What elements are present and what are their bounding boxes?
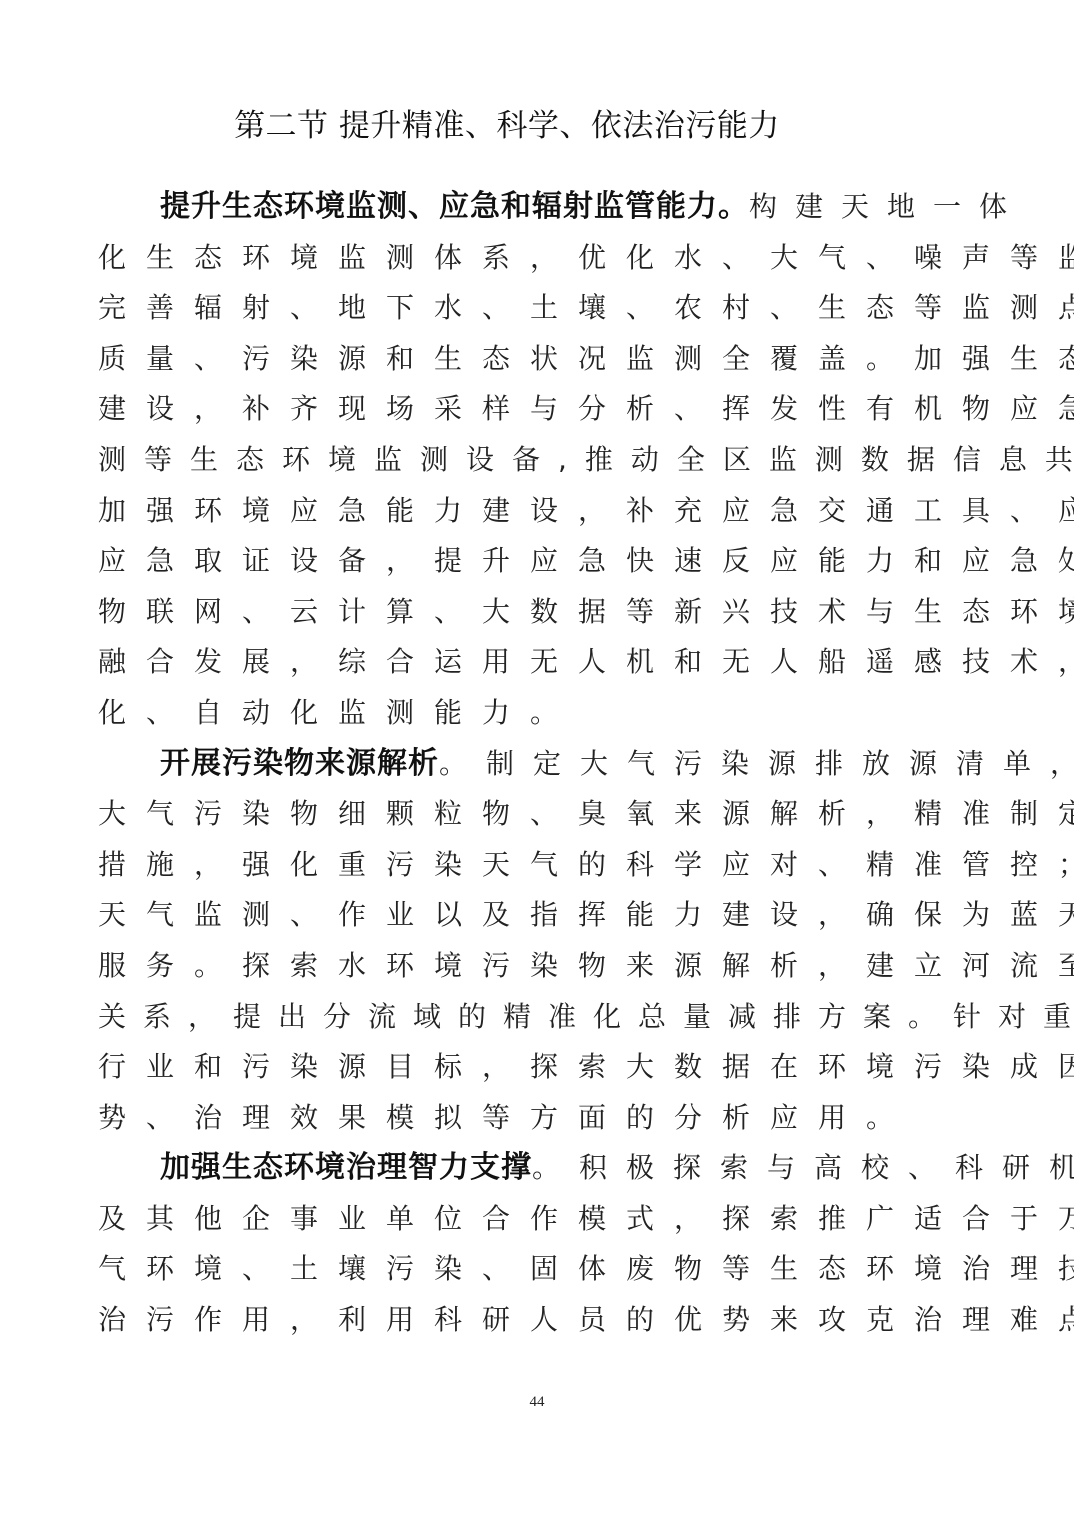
text-line: 措施，强化重污染天气的科学应对、精准管控；加强人工影响 [98, 840, 928, 891]
document-body: 提升生态环境监测、应急和辐射监管能力。构建天地一体 化生态环境监测体系，优化水、… [98, 182, 928, 1346]
text-line: 完善辐射、地下水、土壤、农村、生态等监测点位，实现环境 [98, 283, 928, 334]
text-line: 大气污染物细颗粒物、臭氧来源解析，精准制定大气污染防治 [98, 789, 928, 840]
text-line: 及其他企事业单位合作模式，探索推广适合于万州水环境、大 [98, 1194, 928, 1245]
text-line: 关系，提出分流域的精准化总量减排方案。针对重点监管区域、 [98, 992, 928, 1043]
paragraph-3-line-1: 加强生态环境治理智力支撑。积极探索与高校、科研机构 [98, 1143, 928, 1194]
text-line: 气环境、土壤污染、固体废物等生态环境治理技术。发挥专家 [98, 1244, 928, 1295]
text-line: 测等生态环境监测设备,推动全区监测数据信息共享平台建设。 [98, 435, 928, 486]
paragraph-3-heading: 加强生态环境治理智力支撑 [160, 1150, 532, 1185]
text-line: 加强环境应急能力建设，补充应急交通工具、应急防护装备、 [98, 486, 928, 537]
text-line: 行业和污染源目标，探索大数据在环境污染成因、环境演变趋 [98, 1042, 928, 1093]
text-line: 化生态环境监测体系，优化水、大气、噪声等监测点位布局， [98, 233, 928, 284]
paragraph-2-heading: 开展污染物来源解析 [160, 746, 439, 781]
text-line: 质量、污染源和生态状况监测全覆盖。加强生态环境监测能力 [98, 334, 928, 385]
text-line: 物联网、云计算、大数据等新兴技术与生态环境监测监控体系 [98, 587, 928, 638]
text-line: 治污作用，利用科研人员的优势来攻克治理难点问题和关键技 [98, 1295, 928, 1346]
section-title: 第二节 提升精准、科学、依法治污能力 [0, 104, 1014, 148]
page-number: 44 [0, 1394, 1074, 1411]
paragraph-1-heading: 提升生态环境监测、应急和辐射监管能力。 [160, 189, 749, 224]
paragraph-1-line-1: 提升生态环境监测、应急和辐射监管能力。构建天地一体 [98, 182, 928, 233]
text-line: 应急取证设备，提升应急快速反应能力和应急处置能力。探索 [98, 536, 928, 587]
text-line: 化、自动化监测能力。 [98, 688, 928, 739]
text-line: 融合发展，综合运用无人机和无人船遥感技术，提高全区智能 [98, 637, 928, 688]
text-line: 天气监测、作业以及指挥能力建设，确保为蓝天行动做好气象 [98, 890, 928, 941]
text-line: 势、治理效果模拟等方面的分析应用。 [98, 1093, 928, 1144]
text-line: 服务。探索水环境污染物来源解析，建立河流至断面水质响应 [98, 941, 928, 992]
paragraph-2-line-1: 开展污染物来源解析。制定大气污染源排放源清单，开展 [98, 739, 928, 790]
text-line: 建设，补齐现场采样与分析、挥发性有机物应急监测与走航监 [98, 384, 928, 435]
